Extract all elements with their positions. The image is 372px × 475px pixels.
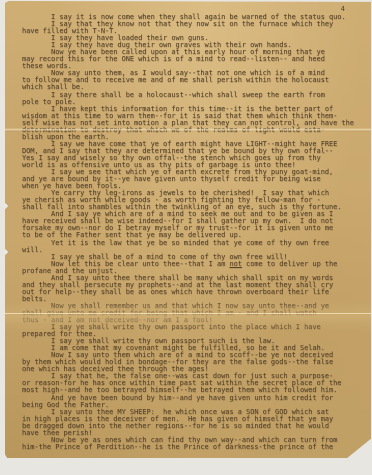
letter-page: 4 I say it is now come when they shall a… xyxy=(5,1,371,458)
letter-body: I say it is now come when they shall aga… xyxy=(22,14,354,451)
page-number: 4 xyxy=(341,5,345,13)
paper-edge-tear xyxy=(0,248,8,256)
paper-edge-tear xyxy=(0,202,8,210)
